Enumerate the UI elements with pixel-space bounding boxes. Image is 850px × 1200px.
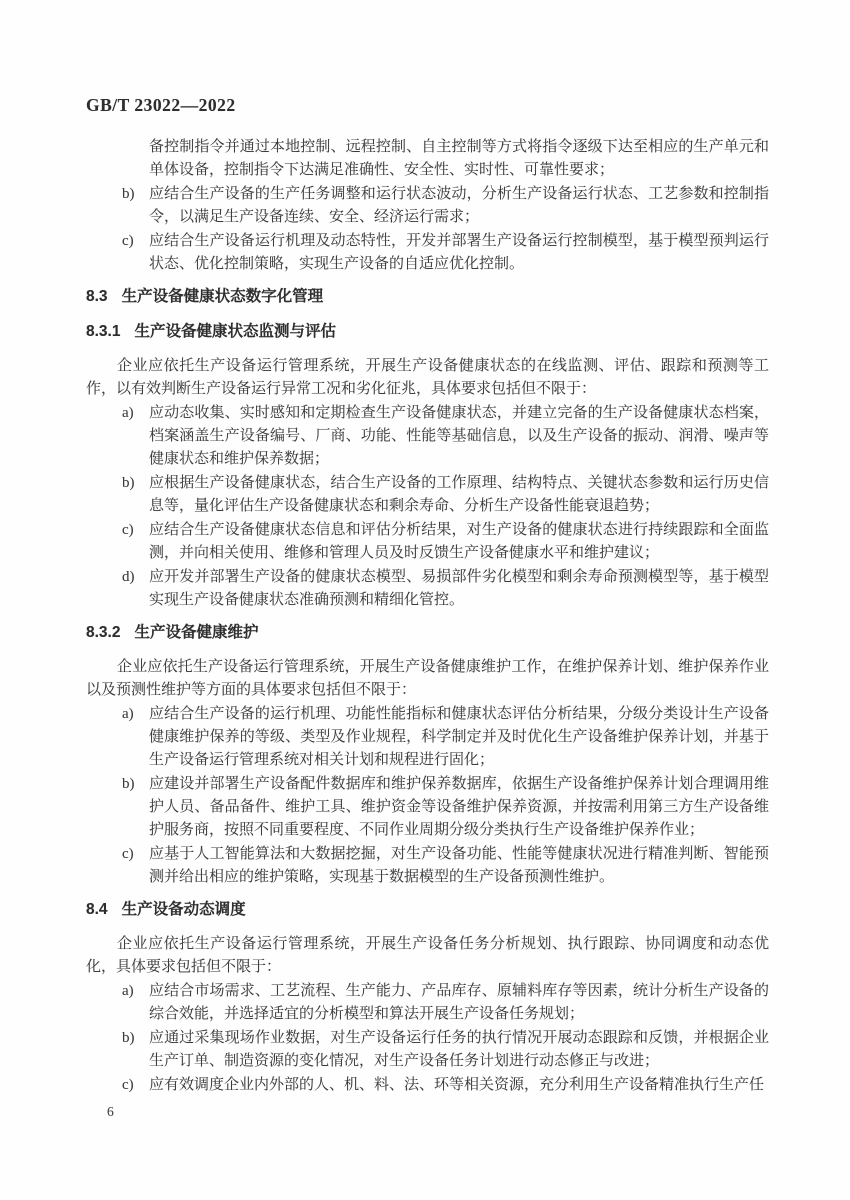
- subclause-heading-8.3.2: 8.3.2生产设备健康维护: [86, 621, 769, 644]
- page-number: 6: [107, 1104, 114, 1120]
- paragraph: 企业应依托生产设备运行管理系统，开展生产设备任务分析规划、执行跟踪、协同调度和动…: [86, 933, 769, 979]
- list-item-b: b)应结合生产设备的生产任务调整和运行状态波动，分析生产设备运行状态、工艺参数和…: [86, 183, 769, 229]
- list-item-text: 应结合生产设备的生产任务调整和运行状态波动，分析生产设备运行状态、工艺参数和控制…: [149, 186, 769, 225]
- list-item-a: a)应动态收集、实时感知和定期检查生产设备健康状态，并建立完备的生产设备健康状态…: [86, 402, 769, 471]
- list-item-text: 应基于人工智能算法和大数据挖掘，对生产设备功能、性能等健康状况进行精准判断、智能…: [149, 846, 769, 885]
- document-page: GB/T 23022—2022 备控制指令并通过本地控制、远程控制、自主控制等方…: [0, 0, 850, 1200]
- list-item-a: a)应结合市场需求、工艺流程、生产能力、产品库存、原辅料库存等因素，统计分析生产…: [86, 980, 769, 1026]
- clause-number: 8.3: [86, 288, 108, 305]
- clause-number: 8.4: [86, 901, 108, 918]
- list-item-c: c)应基于人工智能算法和大数据挖掘，对生产设备功能、性能等健康状况进行精准判断、…: [86, 843, 769, 889]
- list-item-b: b)应通过采集现场作业数据，对生产设备运行任务的执行情况开展动态跟踪和反馈，并根…: [86, 1027, 769, 1073]
- list-item-continuation: 备控制指令并通过本地控制、远程控制、自主控制等方式将指令逐级下达至相应的生产单元…: [149, 136, 769, 182]
- list-item-d: d)应开发并部署生产设备的健康状态模型、易损部件劣化模型和剩余寿命预测模型等，基…: [86, 566, 769, 612]
- list-item-c: c)应有效调度企业内外部的人、机、料、法、环等相关资源，充分利用生产设备精准执行…: [86, 1074, 769, 1097]
- clause-title: 生产设备健康状态数字化管理: [122, 288, 324, 305]
- list-item-marker: b): [122, 183, 135, 206]
- list-item-marker: a): [122, 703, 134, 726]
- document-body: 备控制指令并通过本地控制、远程控制、自主控制等方式将指令逐级下达至相应的生产单元…: [86, 136, 769, 1098]
- list-item-text: 应开发并部署生产设备的健康状态模型、易损部件劣化模型和剩余寿命预测模型等，基于模…: [149, 569, 769, 608]
- list-item-text: 应结合生产设备的运行机理、功能性能指标和健康状态评估分析结果，分级分类设计生产设…: [149, 706, 769, 768]
- paragraph: 企业应依托生产设备运行管理系统，开展生产设备健康维护工作，在维护保养计划、维护保…: [86, 656, 769, 702]
- list-item-c: c)应结合生产设备运行机理及动态特性，开发并部署生产设备运行控制模型，基于模型预…: [86, 230, 769, 276]
- clause-title: 生产设备健康维护: [134, 624, 258, 641]
- clause-title: 生产设备健康状态监测与评估: [134, 323, 336, 340]
- clause-heading-8.3: 8.3生产设备健康状态数字化管理: [86, 285, 769, 308]
- list-item-text: 应动态收集、实时感知和定期检查生产设备健康状态，并建立完备的生产设备健康状态档案…: [149, 405, 769, 467]
- list-item-c: c)应结合生产设备健康状态信息和评估分析结果，对生产设备的健康状态进行持续跟踪和…: [86, 519, 769, 565]
- clause-heading-8.4: 8.4生产设备动态调度: [86, 898, 769, 921]
- list-item-text: 应结合生产设备健康状态信息和评估分析结果，对生产设备的健康状态进行持续跟踪和全面…: [149, 522, 769, 561]
- list-item-text: 应根据生产设备健康状态，结合生产设备的工作原理、结构特点、关键状态参数和运行历史…: [149, 475, 769, 514]
- list-item-b: b)应建设并部署生产设备配件数据库和维护保养数据库，依据生产设备维护保养计划合理…: [86, 773, 769, 842]
- list-item-marker: c): [122, 843, 134, 866]
- list-item-text: 应建设并部署生产设备配件数据库和维护保养数据库，依据生产设备维护保养计划合理调用…: [149, 776, 769, 838]
- list-item-marker: d): [122, 566, 135, 589]
- clause-title: 生产设备动态调度: [122, 901, 246, 918]
- paragraph: 企业应依托生产设备运行管理系统，开展生产设备健康状态的在线监测、评估、跟踪和预测…: [86, 355, 769, 401]
- list-item-marker: a): [122, 980, 134, 1003]
- list-item-text: 应结合生产设备运行机理及动态特性，开发并部署生产设备运行控制模型，基于模型预判运…: [149, 233, 769, 272]
- list-item-marker: c): [122, 1074, 134, 1097]
- list-item-marker: b): [122, 1027, 135, 1050]
- list-item-text: 应结合市场需求、工艺流程、生产能力、产品库存、原辅料库存等因素，统计分析生产设备…: [149, 983, 769, 1022]
- list-item-marker: c): [122, 519, 134, 542]
- standard-number-header: GB/T 23022—2022: [86, 95, 236, 116]
- list-item-b: b)应根据生产设备健康状态，结合生产设备的工作原理、结构特点、关键状态参数和运行…: [86, 472, 769, 518]
- subclause-heading-8.3.1: 8.3.1生产设备健康状态监测与评估: [86, 320, 769, 343]
- list-item-marker: c): [122, 230, 134, 253]
- list-item-marker: b): [122, 472, 135, 495]
- list-item-marker: a): [122, 402, 134, 425]
- clause-number: 8.3.1: [86, 323, 120, 340]
- list-item-text: 应有效调度企业内外部的人、机、料、法、环等相关资源，充分利用生产设备精准执行生产…: [149, 1077, 764, 1093]
- list-item-a: a)应结合生产设备的运行机理、功能性能指标和健康状态评估分析结果，分级分类设计生…: [86, 703, 769, 772]
- list-item-marker: b): [122, 773, 135, 796]
- list-item-text: 应通过采集现场作业数据，对生产设备运行任务的执行情况开展动态跟踪和反馈，并根据企…: [149, 1030, 769, 1069]
- clause-number: 8.3.2: [86, 624, 120, 641]
